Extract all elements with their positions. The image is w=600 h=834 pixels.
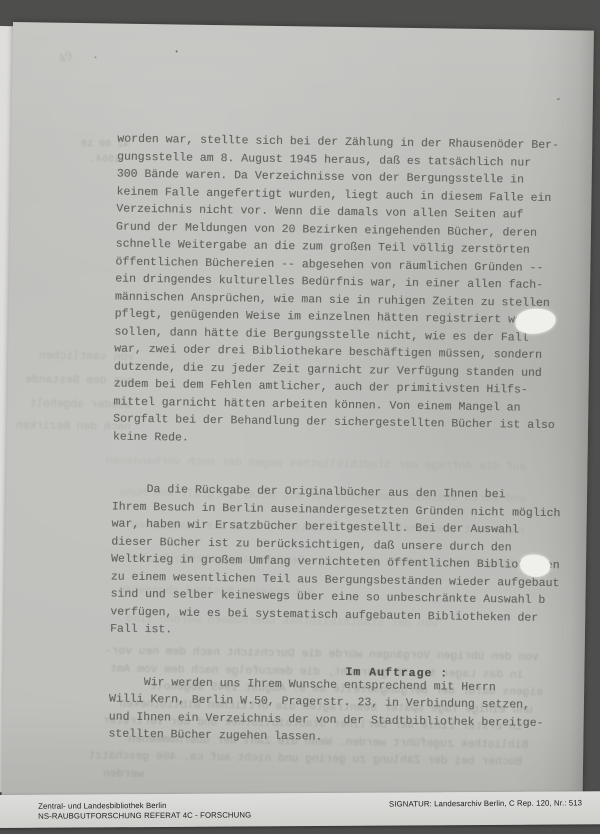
- footer-institution-block: Zentral- und Landesbibliothek Berlin NS-…: [38, 800, 251, 820]
- letter-paragraph: Da die Rückgabe der Originalbücher aus d…: [110, 481, 564, 645]
- archive-footer: Zentral- und Landesbibliothek Berlin NS-…: [0, 791, 600, 828]
- letter-page: 49 42 00 18 1964. von sämtlichen aus dem…: [2, 22, 594, 805]
- letter-paragraph: worden war, stellte sich bei der Zählung…: [113, 131, 570, 453]
- footer-signature-label: SIGNATUR: Landesarchiv Berlin, C Rep. 12…: [389, 798, 582, 808]
- letter-body: worden war, stellte sich bei der Zählung…: [108, 96, 570, 785]
- bleedthrough-margin-number: 1964.: [65, 154, 120, 166]
- closing-signature-label: Im Auftrage :: [345, 666, 448, 681]
- paper-speck: [557, 98, 560, 100]
- footer-department-label: NS-RAUBGUTFORSCHUNG REFERAT 4C - FORSCHU…: [38, 810, 251, 821]
- pencil-annotation: 49: [56, 49, 74, 66]
- scanned-document-viewer: 49 42 00 18 1964. von sämtlichen aus dem…: [0, 0, 600, 834]
- paper-speck: [176, 50, 178, 52]
- paper-damage-spot: [520, 555, 550, 577]
- letter-paragraph: Wir werden uns Ihrem Wunsche entsprechen…: [108, 673, 561, 750]
- paper-speck: [94, 56, 96, 58]
